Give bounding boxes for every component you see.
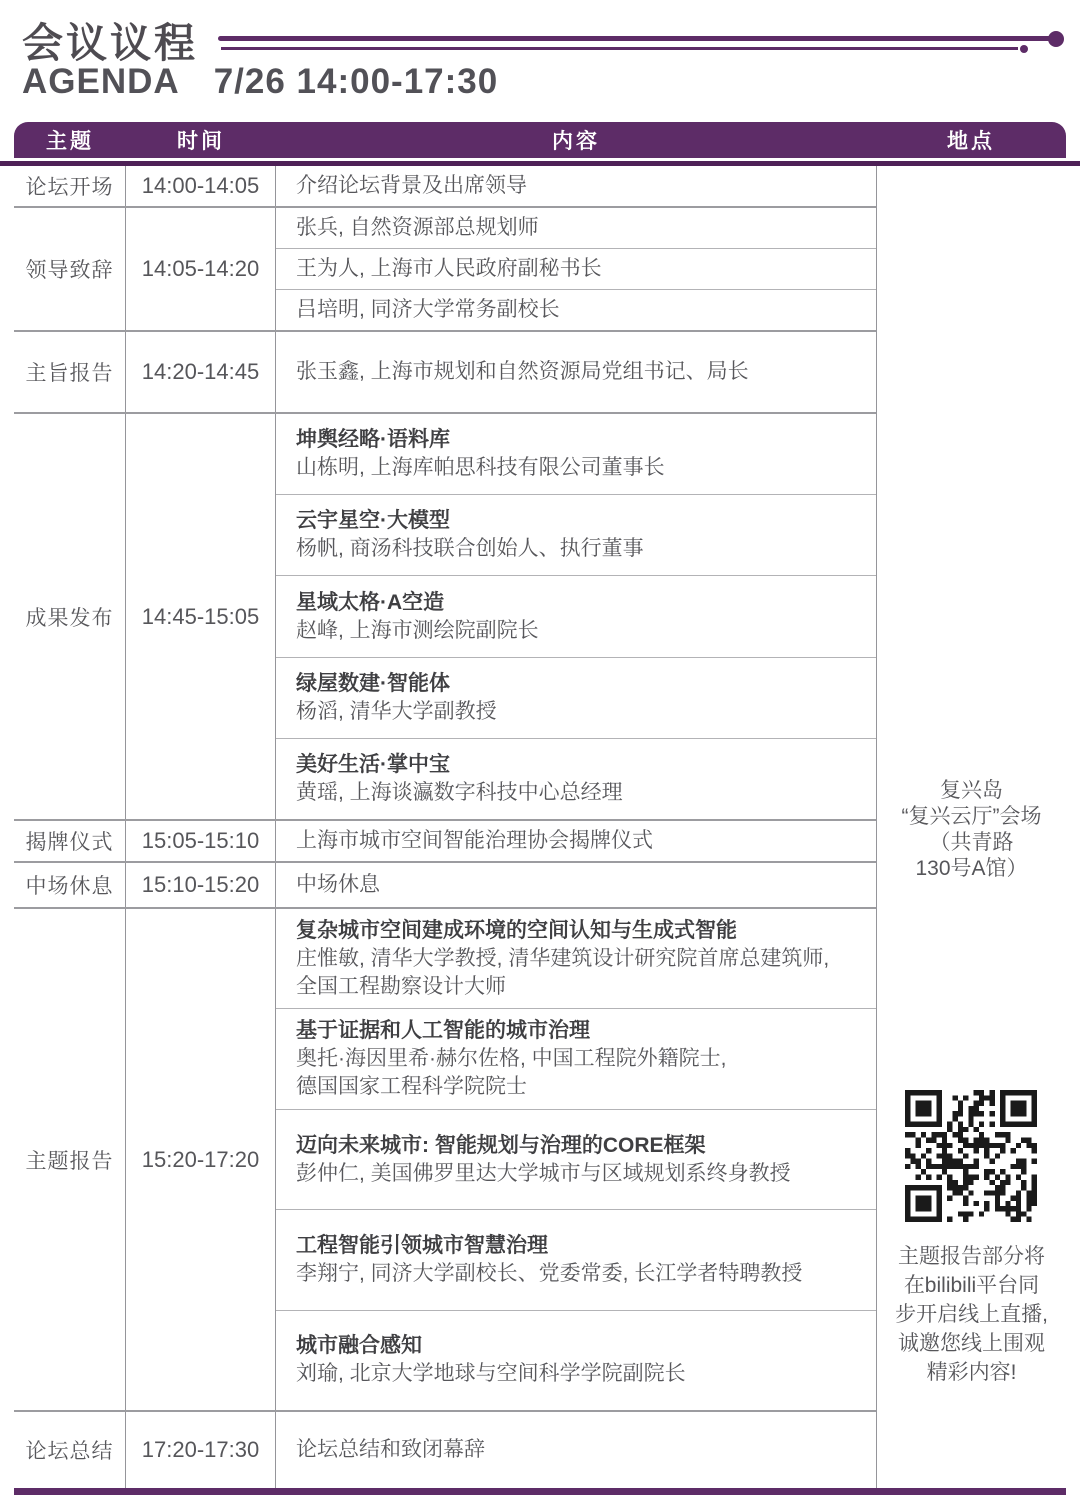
- topic-cell: 论坛总结: [14, 1412, 126, 1488]
- content-item-title: 复杂城市空间建成环境的空间认知与生成式智能: [296, 917, 868, 945]
- topic-cell: 揭牌仪式: [14, 821, 126, 861]
- content-item: 绿屋数建·智能体杨滔, 清华大学副教授: [276, 657, 876, 738]
- content-item-line: 山栋明, 上海库帕思科技有限公司董事长: [296, 454, 868, 482]
- col-header-topic: 主题: [14, 122, 126, 158]
- time-cell: 14:05-14:20: [126, 208, 276, 330]
- page-title-en: AGENDA: [22, 62, 180, 102]
- content-cell: 介绍论坛背景及出席领导: [276, 166, 876, 206]
- content-item: 论坛总结和致闭幕辞: [276, 1412, 876, 1488]
- content-cell: 论坛总结和致闭幕辞: [276, 1412, 876, 1488]
- content-cell: 张玉鑫, 上海市规划和自然资源局党组书记、局长: [276, 332, 876, 412]
- agenda-row: 论坛总结17:20-17:30论坛总结和致闭幕辞: [14, 1410, 876, 1488]
- time-cell: 14:45-15:05: [126, 414, 276, 819]
- content-item: 张兵, 自然资源部总规划师: [276, 208, 876, 248]
- agenda-poster: 会议议程 AGENDA 7/26 14:00-17:30 主题 时间 内容 地点…: [0, 0, 1080, 1504]
- line-end-dot-small-icon: [1020, 45, 1028, 53]
- note-line: 步开启线上直播,: [877, 1300, 1066, 1329]
- content-cell: 张兵, 自然资源部总规划师王为人, 上海市人民政府副秘书长吕培明, 同济大学常务…: [276, 208, 876, 330]
- content-item-title: 绿屋数建·智能体: [296, 670, 868, 698]
- content-item-line: 张玉鑫, 上海市规划和自然资源局党组书记、局长: [296, 358, 868, 386]
- agenda-row: 揭牌仪式15:05-15:10上海市城市空间智能治理协会揭牌仪式: [14, 819, 876, 861]
- venue-line: 复兴岛: [877, 778, 1066, 804]
- content-cell: 中场休息: [276, 863, 876, 907]
- topic-cell: 论坛开场: [14, 166, 126, 206]
- agenda-row: 中场休息15:10-15:20中场休息: [14, 861, 876, 907]
- venue-line: 130号A馆）: [877, 856, 1066, 882]
- time-cell: 17:20-17:30: [126, 1412, 276, 1488]
- location-column: 复兴岛“复兴云厅”会场（共青路130号A馆） 主题报告部分将在bilibili平…: [876, 166, 1066, 1488]
- topic-cell: 中场休息: [14, 863, 126, 907]
- time-cell: 14:00-14:05: [126, 166, 276, 206]
- content-item-line: 全国工程勘察设计大师: [296, 973, 868, 1001]
- topic-cell: 成果发布: [14, 414, 126, 819]
- content-cell: 复杂城市空间建成环境的空间认知与生成式智能庄惟敏, 清华大学教授, 清华建筑设计…: [276, 909, 876, 1410]
- content-item: 张玉鑫, 上海市规划和自然资源局党组书记、局长: [276, 332, 876, 412]
- masthead: 会议议程 AGENDA 7/26 14:00-17:30: [0, 0, 1080, 122]
- content-item: 迈向未来城市: 智能规划与治理的CORE框架彭仲仁, 美国佛罗里达大学城市与区域…: [276, 1109, 876, 1209]
- topic-cell: 领导致辞: [14, 208, 126, 330]
- agenda-row: 领导致辞14:05-14:20张兵, 自然资源部总规划师王为人, 上海市人民政府…: [14, 206, 876, 330]
- content-item: 基于证据和人工智能的城市治理奥托·海因里希·赫尔佐格, 中国工程院外籍院士,德国…: [276, 1008, 876, 1108]
- bottom-accent-bar: [14, 1488, 1066, 1495]
- venue-line: “复兴云厅”会场: [877, 804, 1066, 830]
- content-item-line: 奥托·海因里希·赫尔佐格, 中国工程院外籍院士,: [296, 1045, 868, 1073]
- content-item: 吕培明, 同济大学常务副校长: [276, 289, 876, 330]
- content-item: 介绍论坛背景及出席领导: [276, 166, 876, 206]
- line-end-dot-icon: [1048, 31, 1064, 47]
- content-item-title: 城市融合感知: [296, 1332, 868, 1360]
- content-item: 工程智能引领城市智慧治理李翔宁, 同济大学副校长、党委常委, 长江学者特聘教授: [276, 1209, 876, 1309]
- content-item-line: 论坛总结和致闭幕辞: [296, 1436, 868, 1464]
- decorative-line-thin: [221, 47, 1018, 50]
- content-cell: 坤舆经略·语料库山栋明, 上海库帕思科技有限公司董事长云宇星空·大模型杨帆, 商…: [276, 414, 876, 819]
- content-item: 王为人, 上海市人民政府副秘书长: [276, 248, 876, 289]
- note-line: 精彩内容!: [877, 1358, 1066, 1387]
- time-cell: 15:05-15:10: [126, 821, 276, 861]
- content-item-title: 工程智能引领城市智慧治理: [296, 1232, 868, 1260]
- content-item-line: 德国国家工程科学院院士: [296, 1073, 868, 1101]
- agenda-table: 论坛开场14:00-14:05介绍论坛背景及出席领导领导致辞14:05-14:2…: [14, 166, 1066, 1488]
- time-cell: 15:20-17:20: [126, 909, 276, 1410]
- content-item-line: 黄瑶, 上海谈瀛数字科技中心总经理: [296, 779, 868, 807]
- content-item-line: 杨帆, 商汤科技联合创始人、执行董事: [296, 535, 868, 563]
- content-item: 坤舆经略·语料库山栋明, 上海库帕思科技有限公司董事长: [276, 414, 876, 494]
- content-item-line: 杨滔, 清华大学副教授: [296, 698, 868, 726]
- col-header-content: 内容: [276, 122, 876, 158]
- note-line: 主题报告部分将: [877, 1242, 1066, 1271]
- col-header-location: 地点: [876, 122, 1066, 158]
- topic-cell: 主题报告: [14, 909, 126, 1410]
- qr-code-icon: [905, 1090, 1037, 1222]
- content-item-line: 刘瑜, 北京大学地球与空间科学学院副院长: [296, 1360, 868, 1388]
- content-item: 中场休息: [276, 863, 876, 907]
- content-item-line: 中场休息: [296, 871, 868, 899]
- agenda-main-column: 论坛开场14:00-14:05介绍论坛背景及出席领导领导致辞14:05-14:2…: [14, 166, 876, 1488]
- content-item: 星域太格·A空造赵峰, 上海市测绘院副院长: [276, 575, 876, 656]
- table-header: 主题 时间 内容 地点: [14, 122, 1066, 158]
- page-title-cn: 会议议程: [22, 10, 198, 69]
- agenda-row: 主题报告15:20-17:20复杂城市空间建成环境的空间认知与生成式智能庄惟敏,…: [14, 907, 876, 1410]
- venue-address: 复兴岛“复兴云厅”会场（共青路130号A馆）: [877, 778, 1066, 882]
- note-line: 诚邀您线上围观: [877, 1329, 1066, 1358]
- time-cell: 15:10-15:20: [126, 863, 276, 907]
- subtitle-row: AGENDA 7/26 14:00-17:30: [22, 62, 498, 102]
- content-item-line: 李翔宁, 同济大学副校长、党委常委, 长江学者特聘教授: [296, 1260, 868, 1288]
- livestream-note: 主题报告部分将在bilibili平台同步开启线上直播,诚邀您线上围观精彩内容!: [877, 1242, 1066, 1387]
- agenda-row: 成果发布14:45-15:05坤舆经略·语料库山栋明, 上海库帕思科技有限公司董…: [14, 412, 876, 819]
- content-item-line: 庄惟敏, 清华大学教授, 清华建筑设计研究院首席总建筑师,: [296, 945, 868, 973]
- content-item-line: 赵峰, 上海市测绘院副院长: [296, 617, 868, 645]
- content-item-line: 王为人, 上海市人民政府副秘书长: [296, 255, 868, 283]
- content-item-line: 上海市城市空间智能治理协会揭牌仪式: [296, 827, 868, 855]
- content-item-title: 基于证据和人工智能的城市治理: [296, 1017, 868, 1045]
- agenda-row: 主旨报告14:20-14:45张玉鑫, 上海市规划和自然资源局党组书记、局长: [14, 330, 876, 412]
- content-item-line: 吕培明, 同济大学常务副校长: [296, 296, 868, 324]
- topic-cell: 主旨报告: [14, 332, 126, 412]
- content-item-title: 迈向未来城市: 智能规划与治理的CORE框架: [296, 1132, 868, 1160]
- decorative-line-thick: [218, 36, 1054, 41]
- content-item: 上海市城市空间智能治理协会揭牌仪式: [276, 821, 876, 861]
- content-item-title: 星域太格·A空造: [296, 589, 868, 617]
- content-cell: 上海市城市空间智能治理协会揭牌仪式: [276, 821, 876, 861]
- col-header-time: 时间: [126, 122, 276, 158]
- content-item: 云宇星空·大模型杨帆, 商汤科技联合创始人、执行董事: [276, 494, 876, 575]
- content-item-line: 张兵, 自然资源部总规划师: [296, 214, 868, 242]
- content-item-title: 美好生活·掌中宝: [296, 751, 868, 779]
- content-item: 美好生活·掌中宝黄瑶, 上海谈瀛数字科技中心总经理: [276, 738, 876, 819]
- content-item-title: 云宇星空·大模型: [296, 507, 868, 535]
- content-item: 复杂城市空间建成环境的空间认知与生成式智能庄惟敏, 清华大学教授, 清华建筑设计…: [276, 909, 876, 1008]
- content-item-title: 坤舆经略·语料库: [296, 426, 868, 454]
- venue-line: （共青路: [877, 830, 1066, 856]
- content-item-line: 彭仲仁, 美国佛罗里达大学城市与区域规划系终身教授: [296, 1160, 868, 1188]
- content-item-line: 介绍论坛背景及出席领导: [296, 172, 868, 200]
- content-item: 城市融合感知刘瑜, 北京大学地球与空间科学学院副院长: [276, 1310, 876, 1410]
- session-datetime: 7/26 14:00-17:30: [214, 62, 499, 102]
- note-line: 在bilibili平台同: [877, 1271, 1066, 1300]
- agenda-row: 论坛开场14:00-14:05介绍论坛背景及出席领导: [14, 166, 876, 206]
- time-cell: 14:20-14:45: [126, 332, 276, 412]
